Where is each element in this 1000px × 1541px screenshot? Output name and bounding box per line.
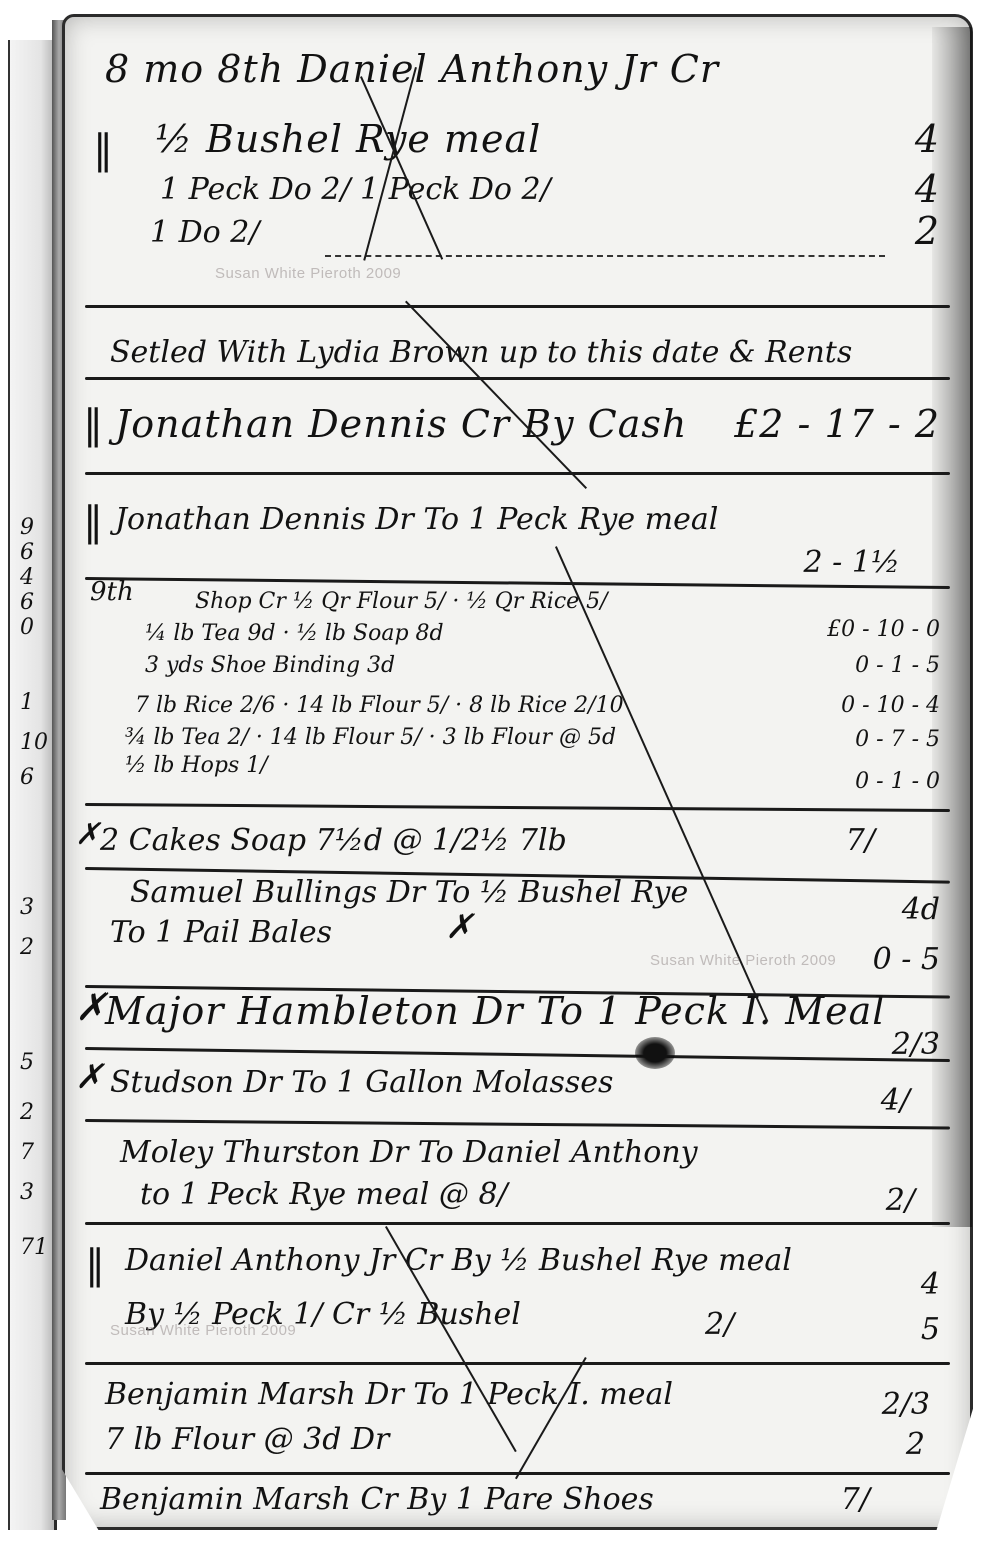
margin-tick-mark: ‖ <box>83 402 103 448</box>
cross-out-stroke <box>405 301 587 489</box>
entry-line: 7 lb Rice 2/6 · 14 lb Flour 5/ · 8 lb Ri… <box>135 693 624 718</box>
entry-amount: 0 - 10 - 4 <box>841 693 940 718</box>
entry-jonathan-dennis-cr: Jonathan Dennis Cr By Cash <box>115 402 687 446</box>
entry-amount: 4/ <box>881 1083 910 1118</box>
entry-daniel-anthony-cr-2: Daniel Anthony Jr Cr By ½ Bushel Rye mea… <box>125 1243 792 1278</box>
margin-number: 6 <box>20 590 34 615</box>
entry-line: 1 Peck Do 2/ 1 Peck Do 2/ <box>160 172 551 207</box>
watermark: Susan White Pieroth 2009 <box>650 952 836 969</box>
entry-amount: 4 <box>921 1267 940 1302</box>
entry-line: to 1 Peck Rye meal @ 8/ <box>140 1177 508 1212</box>
cross-out-stroke <box>555 546 768 1022</box>
entry-date: 9th <box>90 577 134 607</box>
margin-x-mark: ✗ <box>75 817 100 852</box>
margin-number: 10 <box>20 730 48 755</box>
cross-out-stroke <box>363 67 417 261</box>
entry-amount: 2/ <box>886 1183 915 1218</box>
ledger-page: 8 mo 8th Daniel Anthony Jr Cr ‖ ½ Bushel… <box>62 14 973 1530</box>
watermark: Susan White Pieroth 2009 <box>110 1322 296 1339</box>
entry-amount: 4d <box>902 892 940 927</box>
facing-page-margin: 9 6 4 6 0 1 10 6 3 2 5 2 7 3 71 <box>8 40 57 1530</box>
entry-amount: 0 - 7 - 5 <box>855 727 940 752</box>
ledger-rule <box>85 472 950 475</box>
entry-line: 7 lb Flour @ 3d Dr <box>105 1422 389 1457</box>
entry-amount: 0 - 1 - 5 <box>855 653 940 678</box>
margin-number: 6 <box>20 540 34 565</box>
ledger-rule <box>85 377 950 380</box>
entry-amount: 7/ <box>846 823 875 858</box>
ink-blot <box>635 1037 675 1069</box>
margin-number: 0 <box>20 615 34 640</box>
margin-number: 9 <box>20 515 34 540</box>
margin-number: 5 <box>20 1050 34 1075</box>
ledger-rule <box>85 305 950 308</box>
entry-amount: £0 - 10 - 0 <box>827 617 940 642</box>
entry-amount: 4 <box>915 117 940 161</box>
margin-x-mark: ✗ <box>75 985 107 1029</box>
entry-line: 3 yds Shoe Binding 3d <box>145 653 395 678</box>
dashed-rule <box>325 255 885 257</box>
entry-amount: 5 <box>921 1312 940 1347</box>
margin-number: 3 <box>20 895 34 920</box>
entry-line: ¾ lb Tea 2/ · 14 lb Flour 5/ · 3 lb Flou… <box>125 725 616 750</box>
entry-amount: 2 <box>915 209 940 253</box>
ledger-rule <box>85 1119 950 1130</box>
entry-amount: 0 - 1 - 0 <box>855 769 940 794</box>
margin-number: 4 <box>20 565 34 590</box>
entry-line: ½ lb Hops 1/ <box>125 753 268 778</box>
margin-number: 71 <box>20 1235 48 1260</box>
entry-lydia-brown-settled: Setled With Lydia Brown up to this date … <box>110 335 852 370</box>
entry-benjamin-marsh-cr: Benjamin Marsh Cr By 1 Pare Shoes <box>100 1482 654 1517</box>
entry-line: ½ Bushel Rye meal <box>155 117 541 161</box>
margin-tick-mark: ‖ <box>93 127 113 173</box>
entry-amount: 2/3 <box>892 1027 940 1062</box>
entry-header: Shop Cr ½ Qr Flour 5/ · ½ Qr Rice 5/ <box>195 589 608 614</box>
ledger-rule <box>85 1047 950 1062</box>
entry-studson-dr: Studson Dr To 1 Gallon Molasses <box>110 1065 613 1100</box>
margin-number: 1 <box>20 690 34 715</box>
margin-tick-mark: ‖ <box>83 499 103 545</box>
entry-line: To 1 Pail Bales <box>110 915 332 950</box>
entry-amount: 4 <box>915 167 940 211</box>
ledger-rule <box>85 1362 950 1365</box>
entry-amount: 2 - 1½ <box>804 545 900 580</box>
entry-samuel-bullings-dr: Samuel Bullings Dr To ½ Bushel Rye <box>130 875 688 910</box>
margin-number: 2 <box>20 935 34 960</box>
entry-cakes-soap: 2 Cakes Soap 7½d @ 1/2½ 7lb <box>100 823 567 858</box>
margin-number: 6 <box>20 765 34 790</box>
entry-jonathan-dennis-dr: Jonathan Dennis Dr To 1 Peck Rye meal <box>115 502 718 537</box>
entry-amount: 0 - 5 <box>873 942 940 977</box>
ledger-rule <box>85 1222 950 1225</box>
margin-number: 3 <box>20 1180 34 1205</box>
margin-tick-mark: ‖ <box>85 1242 105 1288</box>
entry-amount: 2 <box>906 1427 925 1462</box>
watermark: Susan White Pieroth 2009 <box>215 265 401 282</box>
entry-line: 1 Do 2/ <box>150 215 259 250</box>
margin-number: 7 <box>20 1140 34 1165</box>
margin-x-mark: ✗ <box>75 1057 104 1097</box>
entry-amount: £2 - 17 - 2 <box>734 402 940 446</box>
entry-amount: 7/ <box>841 1482 870 1517</box>
margin-number: 2 <box>20 1100 34 1125</box>
entry-moley-thurston-dr: Moley Thurston Dr To Daniel Anthony <box>120 1135 698 1170</box>
entry-line: ¼ lb Tea 9d · ½ lb Soap 8d <box>145 621 444 646</box>
ledger-rule <box>85 803 950 812</box>
x-mark: ✗ <box>445 907 474 947</box>
entry-amount: 2/3 <box>882 1387 930 1422</box>
entry-major-hambleton-dr: Major Hambleton Dr To 1 Peck I. Meal <box>105 989 885 1033</box>
entry-subamount: 2/ <box>705 1307 734 1342</box>
cross-out-stroke <box>515 1357 587 1479</box>
entry-benjamin-marsh-dr: Benjamin Marsh Dr To 1 Peck I. meal <box>105 1377 673 1412</box>
